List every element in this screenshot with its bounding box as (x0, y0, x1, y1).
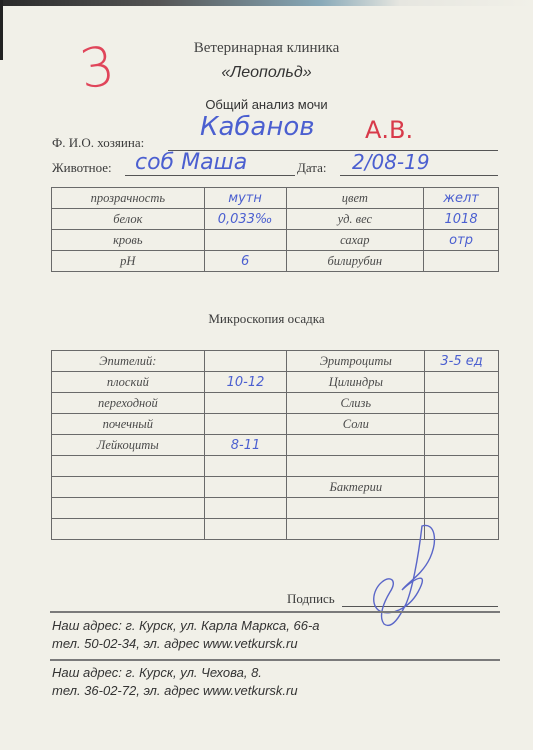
date-label: Дата: (297, 160, 327, 176)
param-label: Лейкоциты (52, 435, 205, 456)
clinic-type: Ветеринарная клиника (0, 40, 533, 57)
param-label (287, 456, 425, 477)
date-value[interactable]: 2/08-19 (352, 150, 430, 174)
param-label (52, 456, 205, 477)
param-label: плоский (52, 372, 205, 393)
table-row: белок 0,033‰ уд. вес 1018 (52, 209, 499, 230)
table-row: переходной Слизь (52, 393, 499, 414)
table-row: кровь сахар отр (52, 230, 499, 251)
param-value[interactable] (204, 477, 287, 498)
general-analysis-table: прозрачность мутн цвет желт белок 0,033‰… (51, 187, 499, 272)
param-value[interactable]: отр (424, 230, 499, 251)
param-value[interactable] (204, 230, 286, 251)
param-label: кровь (52, 230, 205, 251)
param-value[interactable] (204, 456, 287, 477)
table-row: Лейкоциты 8-11 (52, 435, 499, 456)
param-label (52, 519, 205, 540)
param-value[interactable] (425, 498, 499, 519)
microscopy-title: Микроскопия осадка (0, 311, 533, 327)
table-row: Эпителий: Эритроциты 3-5 ед (52, 351, 499, 372)
table-row: Бактерии (52, 477, 499, 498)
param-value[interactable] (204, 519, 287, 540)
address-2-line-2: тел. 36-02-72, эл. адрес www.vetkursk.ru (52, 682, 298, 699)
param-value[interactable]: 1018 (424, 209, 499, 230)
param-label: почечный (52, 414, 205, 435)
separator (50, 611, 500, 613)
param-label: Соли (287, 414, 425, 435)
param-value[interactable]: 3-5 ед (425, 351, 499, 372)
param-label: цвет (286, 188, 424, 209)
table-row: плоский 10-12 Цилиндры (52, 372, 499, 393)
param-value[interactable]: 0,033‰ (204, 209, 286, 230)
param-value[interactable] (425, 456, 499, 477)
param-value[interactable]: мутн (204, 188, 286, 209)
owner-initials[interactable]: А.В. (365, 116, 413, 144)
param-value[interactable]: 8-11 (204, 435, 287, 456)
animal-underline (125, 175, 295, 176)
signature-scribble-icon[interactable] (360, 520, 450, 630)
param-label: Слизь (287, 393, 425, 414)
param-label: pH (52, 251, 205, 272)
address-2-line-1: Наш адрес: г. Курск, ул. Чехова, 8. (52, 664, 262, 681)
param-label: Бактерии (287, 477, 425, 498)
param-value[interactable] (204, 393, 287, 414)
clinic-name: «Леопольд» (0, 64, 533, 82)
param-label: Эритроциты (287, 351, 425, 372)
param-value[interactable] (204, 351, 287, 372)
table-row: прозрачность мутн цвет желт (52, 188, 499, 209)
table-row: почечный Соли (52, 414, 499, 435)
signature-label: Подпись (287, 591, 335, 607)
table-row (52, 456, 499, 477)
param-value[interactable]: 10-12 (204, 372, 287, 393)
param-value[interactable] (425, 435, 499, 456)
param-label: переходной (52, 393, 205, 414)
animal-label: Животное: (52, 160, 112, 176)
address-1-line-1: Наш адрес: г. Курск, ул. Карла Маркса, 6… (52, 617, 320, 634)
param-value[interactable] (425, 414, 499, 435)
param-label: билирубин (286, 251, 424, 272)
param-label (287, 435, 425, 456)
param-value[interactable]: желт (424, 188, 499, 209)
param-label (52, 498, 205, 519)
scan-edge (0, 0, 533, 6)
param-label: белок (52, 209, 205, 230)
address-1-line-2: тел. 50-02-34, эл. адрес www.vetkursk.ru (52, 635, 298, 652)
param-value[interactable] (204, 498, 287, 519)
param-label: уд. вес (286, 209, 424, 230)
param-value[interactable]: 6 (204, 251, 286, 272)
param-value[interactable] (204, 414, 287, 435)
param-label (52, 477, 205, 498)
separator (50, 659, 500, 661)
param-value[interactable] (425, 477, 499, 498)
owner-value[interactable]: Кабанов (200, 112, 315, 142)
param-value[interactable] (425, 372, 499, 393)
param-value[interactable] (424, 251, 499, 272)
table-row (52, 498, 499, 519)
param-label (287, 498, 425, 519)
param-label: прозрачность (52, 188, 205, 209)
param-label: Цилиндры (287, 372, 425, 393)
param-value[interactable] (425, 393, 499, 414)
form-title: Общий анализ мочи (0, 97, 533, 112)
param-label: Эпителий: (52, 351, 205, 372)
table-row: pH 6 билирубин (52, 251, 499, 272)
microscopy-table: Эпителий: Эритроциты 3-5 ед плоский 10-1… (51, 350, 499, 540)
date-underline (340, 175, 498, 176)
param-label: сахар (286, 230, 424, 251)
owner-label: Ф. И.О. хозяина: (52, 135, 144, 151)
animal-value[interactable]: соб Маша (135, 150, 247, 175)
